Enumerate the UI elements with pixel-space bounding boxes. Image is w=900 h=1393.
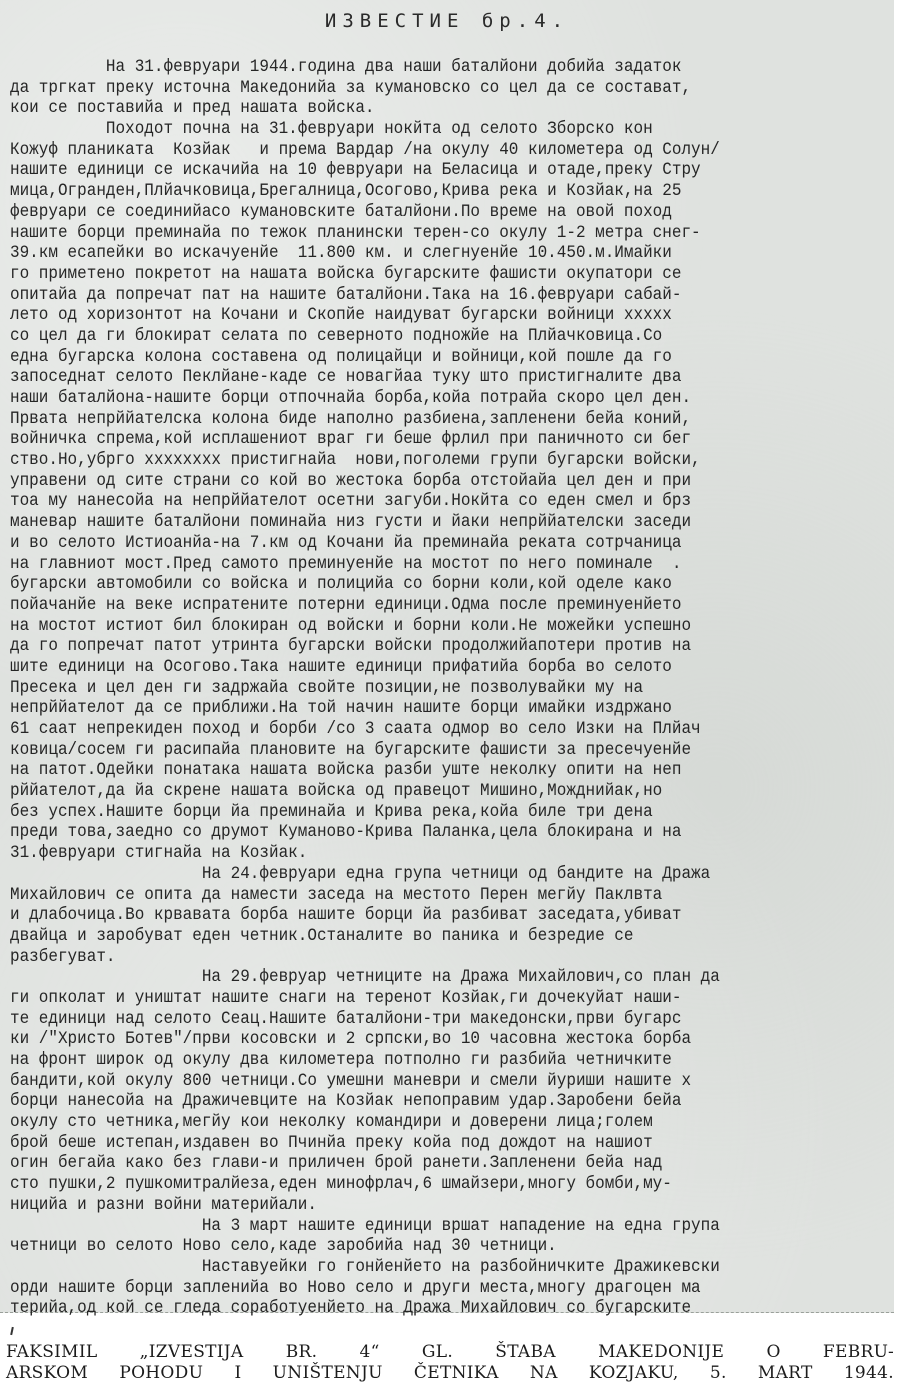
document-line: огин бегайа како без глави-и приличен бр… [10, 1154, 828, 1175]
document-line: со цел да ги блокират селата по севернот… [10, 327, 828, 348]
document-line: Кожуф планиката Козйак и према Вардар /н… [10, 141, 828, 162]
document-line: четници во селото Ново село,каде заробий… [10, 1237, 828, 1258]
document-line: запоседнат селото Пеклйане-каде се новаг… [10, 368, 828, 389]
document-line: на главниот мост.Пред самото преминуенйе… [10, 555, 828, 576]
document-line: 61 саат непрекиден поход и борби /со 3 с… [10, 720, 828, 741]
document-line: нашите единици се искачийа на 10 февруар… [10, 161, 828, 182]
document-line: на фронт широк од окулу два километера п… [10, 1051, 828, 1072]
document-line: бандити,кой окулу 800 четници.Со умешни … [10, 1072, 828, 1093]
caption-line-2: ARSKOM POHODU I UNIŠTENJU ČETNIKA NA KOZ… [6, 1363, 894, 1384]
document-line: и длабочица.Во крвавата борба нашите бор… [10, 906, 828, 927]
document-line: ки /"Христо Ботев"/први косовски и 2 срп… [10, 1030, 828, 1051]
document-line: Михайлович се опита да намести заседа на… [10, 886, 828, 907]
document-line: преди това,заедно со друмот Куманово-Кри… [10, 823, 828, 844]
typewritten-document: ИЗВЕСТИЕ бр.4. [нечитко] На 31.февруари … [0, 0, 894, 1313]
document-line: рййателот,да йа скрене нашата войска од … [10, 782, 828, 803]
document-line: без успех.Нашите борци йа преминайа и Кр… [10, 803, 828, 824]
document-line: ковица/сосем ги расипайа плановите на бу… [10, 741, 828, 762]
document-line: ство.Но,убрго xxxxxxxx пристигнайа нови,… [10, 451, 828, 472]
document-line: опитайа да попречат пат на нашите баталй… [10, 286, 828, 307]
document-line: те единици над селото Сеац.Нашите баталй… [10, 1010, 828, 1031]
document-line: На 3 март нашите единици вршат нападение… [10, 1217, 828, 1238]
figure-caption: FAKSIMIL „IZVESTIJA BR. 4“ GL. ŠTABA MAK… [6, 1342, 894, 1384]
document-line: наши баталйона-нашите борци отпочнайа бо… [10, 389, 828, 410]
document-body: На 31.февруари 1944.година два наши бата… [10, 58, 828, 1320]
document-line: маневар нашите баталйони поминайа низ гу… [10, 513, 828, 534]
document-line: терийа,од кой се гледа соработуенйето на… [10, 1299, 828, 1320]
document-line: мица,Огранден,Плйачковица,Брегалница,Осо… [10, 182, 828, 203]
document-line: На 29.февруар четниците на Дража Михайло… [10, 968, 828, 989]
document-line: непрййателот да се приближи.На той начин… [10, 699, 828, 720]
document-line: ги опколат и уништат нашите снаги на тер… [10, 989, 828, 1010]
document-line: пойачанйе на веке испратените потерни ед… [10, 596, 828, 617]
document-line: управени од сите страни со кой во жесток… [10, 472, 828, 493]
document-line: кои се поставийа и пред нашата войска. [10, 99, 828, 120]
document-line: и во селото Истиоанйа-на 7.км од Кочани … [10, 534, 828, 555]
document-line: Наставуейки го гонйенйето на разбойнички… [10, 1258, 828, 1279]
document-line: 31.февруари стигнайа на Козйак. [10, 844, 828, 865]
document-line: борци нанесойа на Дражичевците на Козйак… [10, 1092, 828, 1113]
document-line: на мостот истиот бил блокиран од войски … [10, 617, 828, 638]
document-line: Пресека и цел ден ги задржайа свойте поз… [10, 679, 828, 700]
document-title: ИЗВЕСТИЕ бр.4. [0, 10, 894, 32]
document-line: го приметено покретот на нашата войска б… [10, 265, 828, 286]
document-line: разбегуват. [10, 948, 828, 969]
document-line: шите единици на Осогово.Така нашите един… [10, 658, 828, 679]
margin-mark [10, 1327, 14, 1335]
document-line: да го попречат патот утринта бугарски во… [10, 637, 828, 658]
document-line: Походот почна на 31.февруари нокйта од с… [10, 120, 828, 141]
document-line: двайца и заробуват еден четник.Останалит… [10, 927, 828, 948]
document-line: да тргкат преку источна Македонийа за ку… [10, 79, 828, 100]
document-line: На 24.февруари една група четници од бан… [10, 865, 828, 886]
document-line: брой беше истепан,издавен во Пчинйа прек… [10, 1134, 828, 1155]
document-line: ницийа и разни войни материйали. [10, 1196, 828, 1217]
document-line: тоа му нанесойа на непрййателот осетни з… [10, 492, 828, 513]
document-line: орди нашите борци запленийа во Ново село… [10, 1279, 828, 1300]
document-line: нашите борци преминайа по тежок планинск… [10, 224, 828, 245]
document-line: на патот.Одейки понатака нашата войска р… [10, 761, 828, 782]
document-line: бугарски автомобили со войска и полицийа… [10, 575, 828, 596]
document-line: една бугарска колона составена од полица… [10, 348, 828, 369]
document-line: На 31.февруари 1944.година два наши бата… [10, 58, 828, 79]
document-line: лето од хоризонтот на Кочани и Скопйе на… [10, 306, 828, 327]
document-line: февруари се соединийасо кумановските бат… [10, 203, 828, 224]
document-line: 39.км есапейки во искачуенйе 11.800 км. … [10, 244, 828, 265]
document-line: войничка спрема,кой исплашениот враг ги … [10, 430, 828, 451]
document-line: Првата непрййателска колона биде наполно… [10, 410, 828, 431]
document-line: окулу сто четника,мегйу кои неколку кома… [10, 1113, 828, 1134]
caption-line-1: FAKSIMIL „IZVESTIJA BR. 4“ GL. ŠTABA MAK… [6, 1342, 894, 1363]
document-line: сто пушки,2 пушкомитралйеза,еден минофрл… [10, 1175, 828, 1196]
